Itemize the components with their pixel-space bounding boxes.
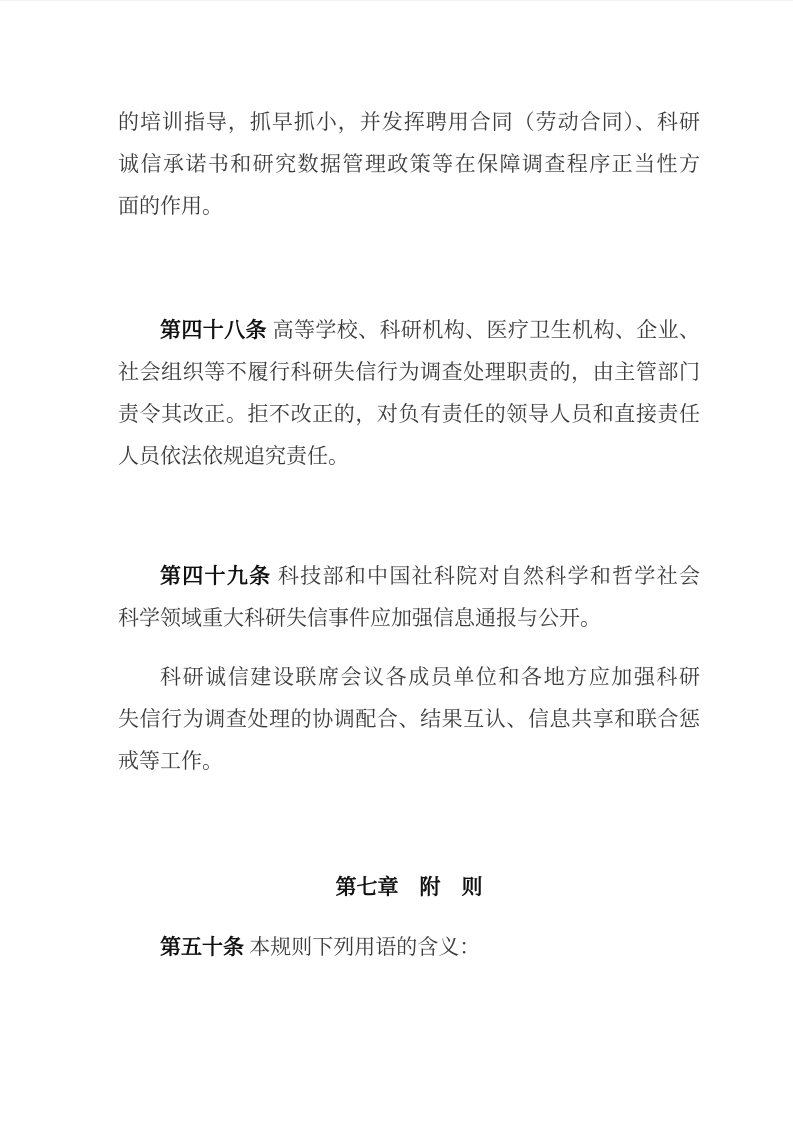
text-segment: 本规则下列用语的含义： <box>244 935 480 959</box>
article-number-emphasis: 第七章 附 则 <box>336 875 483 899</box>
text-segment: 的培训指导，抓早抓小，并发挥聘用合同（劳动合同）、科研 <box>118 110 700 134</box>
text-line: 戒等工作。 <box>118 740 700 782</box>
text-line: 面的作用。 <box>118 185 700 227</box>
article-50-paragraph: 第五十条 本规则下列用语的含义： <box>118 926 700 968</box>
text-line: 社会组织等不履行科研失信行为调查处理职责的，由主管部门 <box>118 351 700 393</box>
text-line: 第四十九条 科技部和中国社科院对自然科学和哲学社会 <box>118 555 700 597</box>
text-line: 第七章 附 则 <box>118 866 700 908</box>
article-49-coordination-paragraph: 科研诚信建设联席会议各成员单位和各地方应加强科研失信行为调查处理的协调配合、结果… <box>118 656 700 782</box>
document-body: 的培训指导，抓早抓小，并发挥聘用合同（劳动合同）、科研诚信承诺书和研究数据管理政… <box>0 1 793 1122</box>
text-segment: 诚信承诺书和研究数据管理政策等在保障调查程序正当性方 <box>118 152 700 176</box>
article-number-emphasis: 第四十九条 <box>160 564 271 588</box>
para-continuation: 的培训指导，抓早抓小，并发挥聘用合同（劳动合同）、科研诚信承诺书和研究数据管理政… <box>118 101 700 227</box>
chapter-7-heading: 第七章 附 则 <box>118 866 700 908</box>
text-segment: 科学领域重大科研失信事件应加强信息通报与公开。 <box>118 606 601 630</box>
article-48-paragraph: 第四十八条 高等学校、科研机构、医疗卫生机构、企业、社会组织等不履行科研失信行为… <box>118 309 700 477</box>
article-49-paragraph: 第四十九条 科技部和中国社科院对自然科学和哲学社会科学领域重大科研失信事件应加强… <box>118 555 700 639</box>
text-line: 责令其改正。拒不改正的，对负有责任的领导人员和直接责任 <box>118 393 700 435</box>
text-segment: 高等学校、科研机构、医疗卫生机构、企业、 <box>267 318 700 342</box>
text-segment: 人员依法依规追究责任。 <box>118 444 349 468</box>
text-line: 的培训指导，抓早抓小，并发挥聘用合同（劳动合同）、科研 <box>118 101 700 143</box>
text-segment: 面的作用。 <box>118 194 223 218</box>
text-line: 第五十条 本规则下列用语的含义： <box>118 926 700 968</box>
article-number-emphasis: 第四十八条 <box>160 318 267 342</box>
text-segment: 戒等工作。 <box>118 749 223 773</box>
text-line: 诚信承诺书和研究数据管理政策等在保障调查程序正当性方 <box>118 143 700 185</box>
text-segment: 社会组织等不履行科研失信行为调查处理职责的，由主管部门 <box>118 360 700 384</box>
text-segment: 失信行为调查处理的协调配合、结果互认、信息共享和联合惩 <box>118 707 700 731</box>
text-segment: 责令其改正。拒不改正的，对负有责任的领导人员和直接责任 <box>118 402 700 426</box>
text-line: 人员依法依规追究责任。 <box>118 435 700 477</box>
text-line: 科学领域重大科研失信事件应加强信息通报与公开。 <box>118 597 700 639</box>
page: 的培训指导，抓早抓小，并发挥聘用合同（劳动合同）、科研诚信承诺书和研究数据管理政… <box>0 0 793 1122</box>
text-segment: 科技部和中国社科院对自然科学和哲学社会 <box>271 564 700 588</box>
text-line: 科研诚信建设联席会议各成员单位和各地方应加强科研 <box>118 656 700 698</box>
text-line: 第四十八条 高等学校、科研机构、医疗卫生机构、企业、 <box>118 309 700 351</box>
text-segment: 科研诚信建设联席会议各成员单位和各地方应加强科研 <box>160 665 700 689</box>
text-line: 失信行为调查处理的协调配合、结果互认、信息共享和联合惩 <box>118 698 700 740</box>
article-number-emphasis: 第五十条 <box>160 935 244 959</box>
